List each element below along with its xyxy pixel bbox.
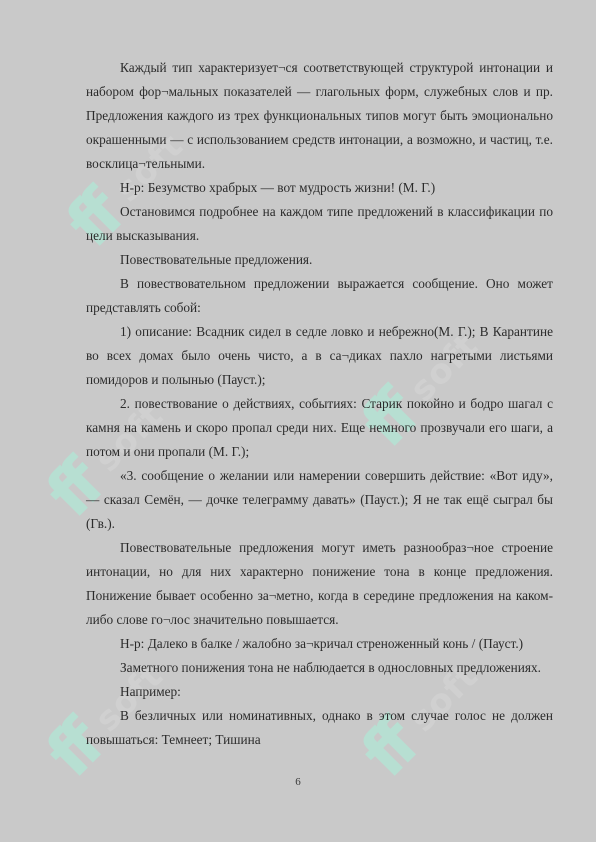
- paragraph-example: Н-р: Безумство храбрых — вот мудрость жи…: [86, 176, 553, 200]
- list-item: 1) описание: Всадник сидел в седле ловко…: [86, 320, 553, 392]
- paragraph: Например:: [86, 680, 553, 704]
- document-body: Каждый тип характеризует¬ся соответствую…: [86, 56, 553, 752]
- section-heading: Повествовательные предложения.: [86, 248, 553, 272]
- page-number: 6: [0, 776, 596, 788]
- paragraph: В безличных или номинативных, однако в э…: [86, 704, 553, 752]
- list-item: «3. сообщение о желании или намерении со…: [86, 464, 553, 536]
- paragraph-example: Н-р: Далеко в балке / жалобно за¬кричал …: [86, 632, 553, 656]
- paragraph: Повествовательные предложения могут имет…: [86, 536, 553, 632]
- paragraph: В повествовательном предложении выражает…: [86, 272, 553, 320]
- list-item: 2. повествование о действиях, событиях: …: [86, 392, 553, 464]
- paragraph: Каждый тип характеризует¬ся соответствую…: [86, 56, 553, 176]
- paragraph: Остановимся подробнее на каждом типе пре…: [86, 200, 553, 248]
- paragraph: Заметного понижения тона не наблюдается …: [86, 656, 553, 680]
